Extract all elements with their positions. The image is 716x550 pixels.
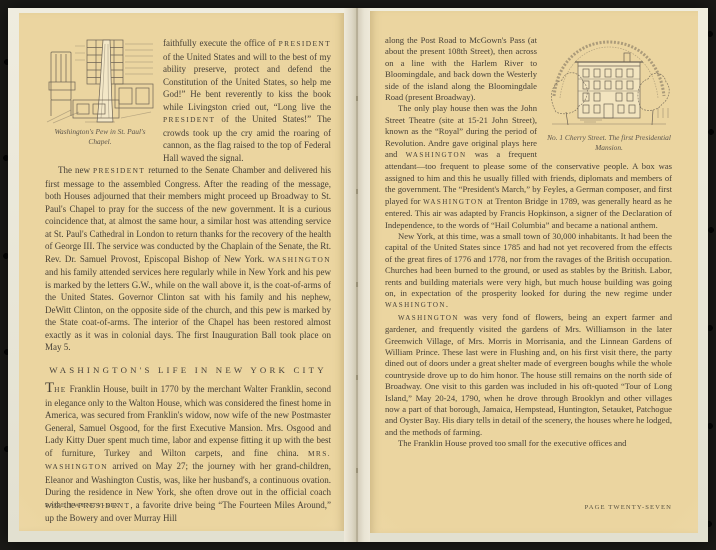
- photo-background: Washington's Pew in St. Paul's Chapel. f…: [0, 0, 716, 550]
- mansion-sketch-illustration: [546, 36, 672, 130]
- paragraph: The Franklin House proved too small for …: [385, 438, 672, 449]
- page-twenty-seven: No. 1 Cherry Street. The first President…: [370, 8, 708, 542]
- pew-sketch-illustration: [45, 38, 155, 124]
- pew-caption: Washington's Pew in St. Paul's Chapel.: [45, 127, 155, 147]
- page-twenty-six: Washington's Pew in St. Paul's Chapel. f…: [8, 8, 344, 542]
- page-right-text: No. 1 Cherry Street. The first President…: [385, 35, 672, 450]
- pew-illustration: Washington's Pew in St. Paul's Chapel.: [45, 38, 155, 147]
- page-left-text: Washington's Pew in St. Paul's Chapel. f…: [45, 37, 331, 525]
- page-left-paper: Washington's Pew in St. Paul's Chapel. f…: [19, 13, 344, 531]
- section-heading: WASHINGTON'S LIFE IN NEW YORK CITY: [45, 364, 331, 377]
- mansion-caption: No. 1 Cherry Street. The first President…: [546, 133, 672, 153]
- book-spread: Washington's Pew in St. Paul's Chapel. f…: [8, 8, 708, 542]
- paragraph: New York, at this time, was a small town…: [385, 231, 672, 312]
- cherry-street-illustration: No. 1 Cherry Street. The first President…: [546, 36, 672, 153]
- paragraph: The new President returned to the Senate…: [45, 164, 331, 354]
- paragraph: Washington was very fond of flowers, bei…: [385, 312, 672, 438]
- page-number-right: PAGE TWENTY-SEVEN: [585, 504, 672, 511]
- page-number-left: PAGE TWENTY-SIX: [45, 502, 120, 509]
- page-right-paper: No. 1 Cherry Street. The first President…: [370, 11, 698, 533]
- book-spine: [344, 8, 370, 542]
